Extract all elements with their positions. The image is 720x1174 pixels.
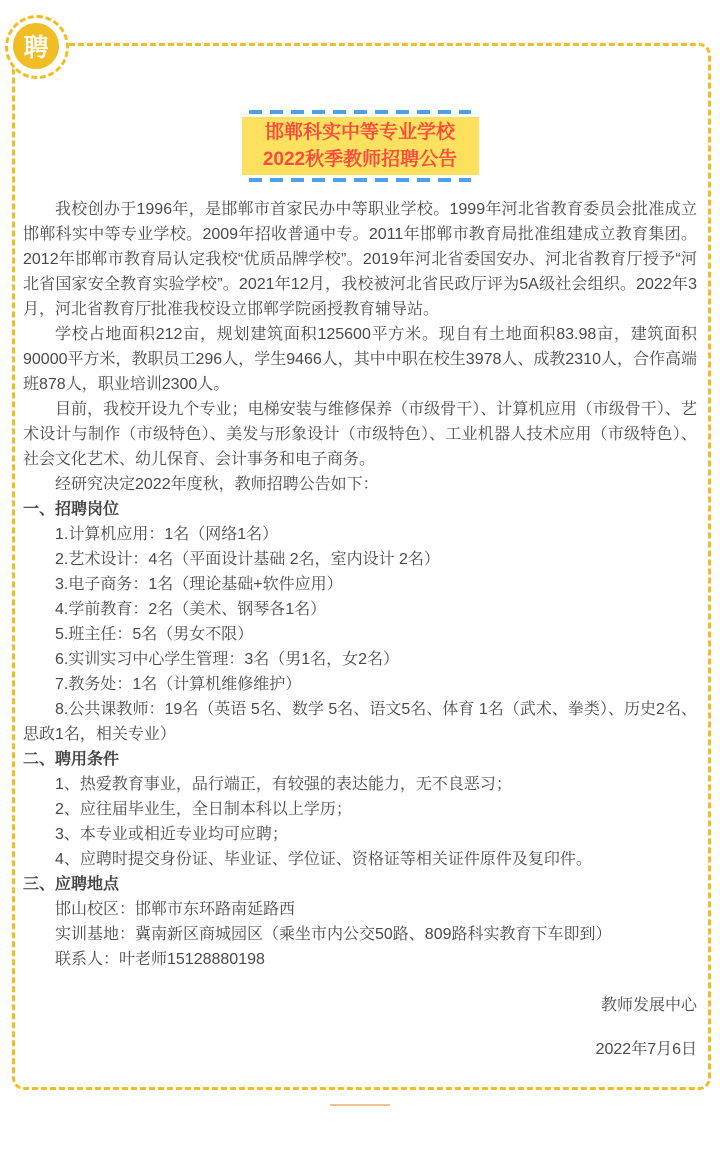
position-item: 6.实训实习中心学生管理：3名（男1名，女2名） — [23, 647, 697, 672]
position-item: 5.班主任：5名（男女不限） — [23, 622, 697, 647]
position-item: 7.教务处：1名（计算机维修维护） — [23, 672, 697, 697]
title-line-2: 2022秋季教师招聘公告 — [242, 146, 479, 173]
position-item: 1.计算机应用：1名（网络1名） — [23, 522, 697, 547]
bottom-accent-line — [330, 1104, 390, 1106]
section-heading-positions: 一、招聘岗位 — [23, 497, 697, 522]
announcement-content: 邯郸科实中等专业学校 2022秋季教师招聘公告 我校创办于1996年，是邯郸市首… — [23, 110, 697, 1062]
footer: 教师发展中心 2022年7月6日 — [23, 993, 697, 1062]
title-bottom-dash — [249, 178, 471, 182]
title-block: 邯郸科实中等专业学校 2022秋季教师招聘公告 — [23, 110, 697, 182]
contact-item: 联系人：叶老师15128880198 — [23, 947, 697, 972]
location-item: 邯山校区：邯郸市东环路南延路西 — [23, 897, 697, 922]
page-title: 邯郸科实中等专业学校 2022秋季教师招聘公告 — [242, 117, 479, 175]
announcement-page: 聘 邯郸科实中等专业学校 2022秋季教师招聘公告 我校创办于1996年，是邯郸… — [0, 0, 720, 1174]
section-heading-conditions: 二、聘用条件 — [23, 747, 697, 772]
location-item: 实训基地：冀南新区商城园区（乘坐市内公交50路、809路科实教育下车即到） — [23, 922, 697, 947]
intro-paragraph-3: 目前，我校开设九个专业；电梯安装与维修保养（市级骨干）、计算机应用（市级骨干）、… — [23, 397, 697, 472]
condition-item: 1、热爱教育事业，品行端正，有较强的表达能力，无不良恶习； — [23, 772, 697, 797]
footer-signature: 教师发展中心 — [23, 993, 697, 1018]
title-line-1: 邯郸科实中等专业学校 — [242, 119, 479, 146]
condition-item: 4、应聘时提交身份证、毕业证、学位证、资格证等相关证件原件及复印件。 — [23, 847, 697, 872]
title-top-dash — [249, 110, 471, 114]
recruit-badge-icon: 聘 — [13, 23, 59, 69]
footer-date: 2022年7月6日 — [23, 1037, 697, 1062]
recruit-badge-label: 聘 — [23, 28, 48, 64]
intro-paragraph-4: 经研究决定2022年度秋，教师招聘公告如下： — [23, 472, 697, 497]
position-item: 3.电子商务：1名（理论基础+软件应用） — [23, 572, 697, 597]
section-heading-locations: 三、应聘地点 — [23, 872, 697, 897]
condition-item: 3、本专业或相近专业均可应聘； — [23, 822, 697, 847]
intro-paragraph-1: 我校创办于1996年，是邯郸市首家民办中等职业学校。1999年河北省教育委员会批… — [23, 197, 697, 322]
position-item: 8.公共课教师：19名（英语 5名、数学 5名、语文5名、体育 1名（武术、拳类… — [23, 697, 697, 747]
position-item: 4.学前教育：2名（美术、钢琴各1名） — [23, 597, 697, 622]
position-item: 2.艺术设计：4名（平面设计基础 2名，室内设计 2名） — [23, 547, 697, 572]
intro-paragraph-2: 学校占地面积212亩，规划建筑面积125600平方米。现自有土地面积83.98亩… — [23, 322, 697, 397]
condition-item: 2、应往届毕业生，全日制本科以上学历； — [23, 797, 697, 822]
